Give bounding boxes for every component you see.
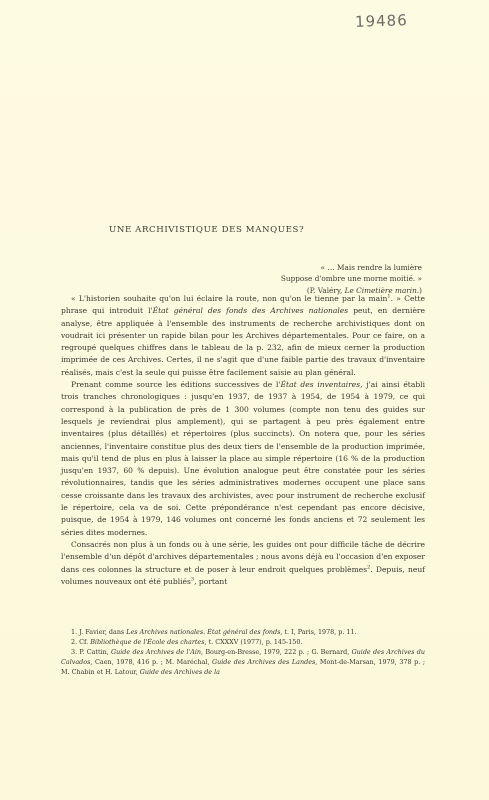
italic-title: Guide des Archives des Landes	[212, 658, 315, 666]
paragraph-2: Prenant comme source les éditions succes…	[61, 379, 425, 539]
italic-title: Guide des Archives de la	[140, 668, 220, 676]
paragraph-3: Consacrés non plus à un fonds ou à une s…	[61, 539, 425, 588]
italic-title: État général des fonds des Archives nati…	[153, 306, 349, 315]
italic-title: Guide des Archives de l'Ain	[111, 648, 201, 656]
article-body: « L'historien souhaite qu'on lui éclaire…	[61, 293, 425, 588]
italic-title: Les Archives nationales. État général de…	[126, 628, 280, 636]
text-run: , t. CXXXV (1977), p. 145-150.	[205, 638, 303, 646]
text-run: , Bourg-en-Bresse, 1979, 222 p. ; G. Ber…	[201, 648, 352, 656]
text-run: , j'ai ainsi établi trois tranches chron…	[61, 380, 425, 537]
epigraph: « … Mais rendre la lumière Suppose d'omb…	[281, 262, 422, 296]
text-run: Prenant comme source les éditions succes…	[71, 380, 281, 389]
text-run: peut, en dernière analyse, être appliqué…	[61, 306, 425, 376]
italic-title: État des inventaires	[281, 380, 361, 389]
text-run: , Caen, 1978, 416 p. ; M. Maréchal,	[90, 658, 212, 666]
paragraph-1: « L'historien souhaite qu'on lui éclaire…	[61, 293, 425, 379]
text-run: 1. J. Favier, dans	[71, 628, 126, 636]
epigraph-line-1: « … Mais rendre la lumière	[281, 262, 422, 273]
footnote-1: 1. J. Favier, dans Les Archives national…	[61, 627, 425, 637]
epigraph-line-2: Suppose d'ombre une morne moitié. »	[281, 273, 422, 284]
footnote-2: 2. Cf. Bibliothèque de l'École des chart…	[61, 637, 425, 647]
handwritten-number: 19486	[355, 11, 408, 31]
italic-title: Bibliothèque de l'École des chartes	[90, 638, 204, 646]
document-page: 19486 UNE ARCHIVISTIQUE DES MANQUES? « ……	[0, 0, 489, 800]
text-run: « L'historien souhaite qu'on lui éclaire…	[71, 294, 387, 303]
footnotes: 1. J. Favier, dans Les Archives national…	[61, 627, 425, 677]
text-run: , portant	[194, 577, 227, 586]
article-title: UNE ARCHIVISTIQUE DES MANQUES?	[109, 225, 304, 235]
text-run: 2. Cf.	[71, 638, 90, 646]
text-run: 3. P. Cattin,	[71, 648, 111, 656]
text-run: , t. I, Paris, 1978, p. 11.	[280, 628, 356, 636]
footnote-3: 3. P. Cattin, Guide des Archives de l'Ai…	[61, 647, 425, 677]
